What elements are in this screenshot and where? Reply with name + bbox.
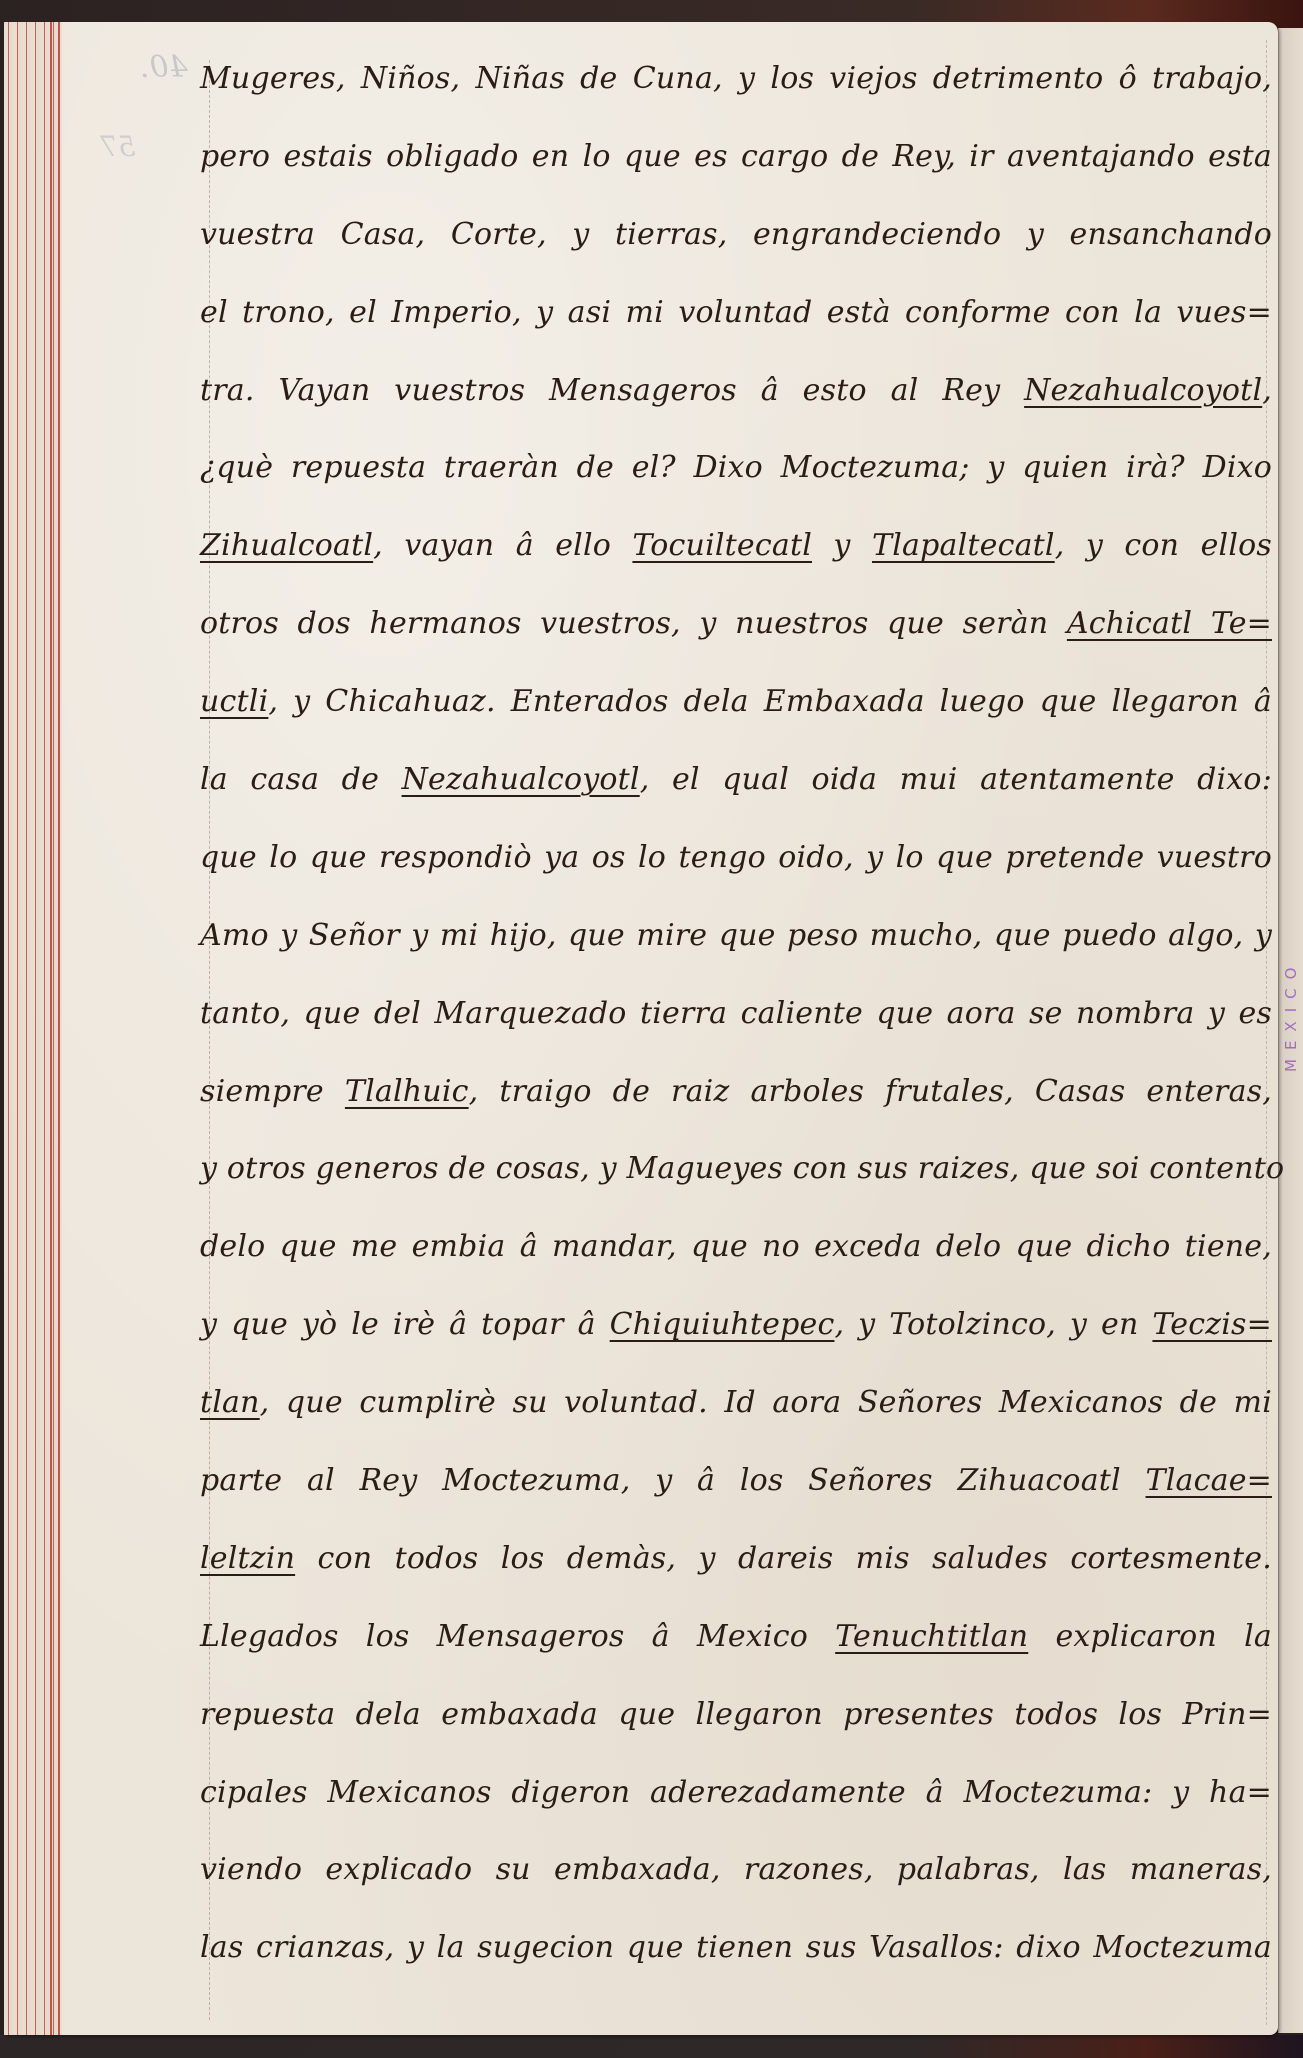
underlined-name: Zihualcoatl	[200, 528, 373, 563]
underlined-name: Tlapaltecatl	[872, 528, 1055, 563]
text-line: delo que me embia â mandar, que no exced…	[200, 1208, 1272, 1286]
text-line: parte al Rey Moctezuma, y â los Señores …	[200, 1442, 1272, 1520]
underlined-name: Nezahualcoyotl	[1024, 373, 1262, 408]
text-line: siempre Tlalhuic, traigo de raiz arboles…	[200, 1053, 1272, 1131]
folio-number-bleedthrough-2: 57	[100, 130, 136, 163]
text-line: Amo y Señor y mi hijo, que mire que peso…	[200, 897, 1272, 975]
red-page-edges	[4, 22, 62, 2035]
underlined-name: Tlalhuic	[345, 1074, 469, 1109]
text-line: tra. Vayan vuestros Mensageros â esto al…	[200, 352, 1272, 430]
page-edge-line	[50, 22, 52, 2035]
text-line: leltzin con todos los demàs, y dareis mi…	[200, 1520, 1272, 1598]
folio-number-bleedthrough: 40.	[140, 50, 188, 85]
text-line: vuestra Casa, Corte, y tierras, engrande…	[200, 196, 1272, 274]
text-line: pero estais obligado en lo que es cargo …	[200, 118, 1272, 196]
underlined-name: tlan	[200, 1385, 260, 1420]
text-line: la casa de Nezahualcoyotl, el qual oida …	[200, 741, 1272, 819]
text-line: viendo explicado su embaxada, razones, p…	[200, 1831, 1272, 1909]
text-line: Zihualcoatl, vayan â ello Tocuiltecatl y…	[200, 507, 1272, 585]
page-edge-line	[58, 22, 60, 2035]
underlined-name: Teczis=	[1152, 1307, 1272, 1342]
text-line: uctli, y Chicahuaz. Enterados dela Embax…	[200, 663, 1272, 741]
underlined-name: Tenuchtitlan	[835, 1619, 1028, 1654]
underlined-name: Tlacae=	[1146, 1463, 1272, 1498]
text-line: las crianzas, y la sugecion que tienen s…	[200, 1909, 1272, 1987]
underlined-name: Chiquiuhtepec	[610, 1307, 835, 1342]
text-line: el trono, el Imperio, y asi mi voluntad …	[200, 274, 1272, 352]
library-stamp: MEXICO	[1282, 930, 1302, 1100]
text-line: repuesta dela embaxada que llegaron pres…	[200, 1676, 1272, 1754]
background-bottom	[0, 2035, 1303, 2058]
text-line: Mugeres, Niños, Niñas de Cuna, y los vie…	[200, 40, 1272, 118]
underlined-name: leltzin	[200, 1541, 295, 1576]
underlined-name: Tocuiltecatl	[632, 528, 812, 563]
text-line: Llegados los Mensageros â Mexico Tenucht…	[200, 1598, 1272, 1676]
text-line: y que yò le irè â topar â Chiquiuhtepec,…	[200, 1286, 1272, 1364]
text-line: tlan, que cumplirè su voluntad. Id aora …	[200, 1364, 1272, 1442]
underlined-name: uctli	[200, 684, 268, 719]
text-line: y otros generos de cosas, y Magueyes con…	[200, 1130, 1272, 1208]
text-line: tanto, que del Marquezado tierra calient…	[200, 975, 1272, 1053]
text-line: que lo que respondiò ya os lo tengo oido…	[200, 819, 1272, 897]
text-line: cipales Mexicanos digeron aderezadamente…	[200, 1754, 1272, 1832]
underlined-name: Achicatl Te=	[1067, 606, 1272, 641]
underlined-name: Nezahualcoyotl	[402, 762, 640, 797]
manuscript-text: Mugeres, Niños, Niñas de Cuna, y los vie…	[200, 40, 1272, 1987]
text-line: otros dos hermanos vuestros, y nuestros …	[200, 585, 1272, 663]
text-line: ¿què repuesta traeràn de el? Dixo Moctez…	[200, 429, 1272, 507]
